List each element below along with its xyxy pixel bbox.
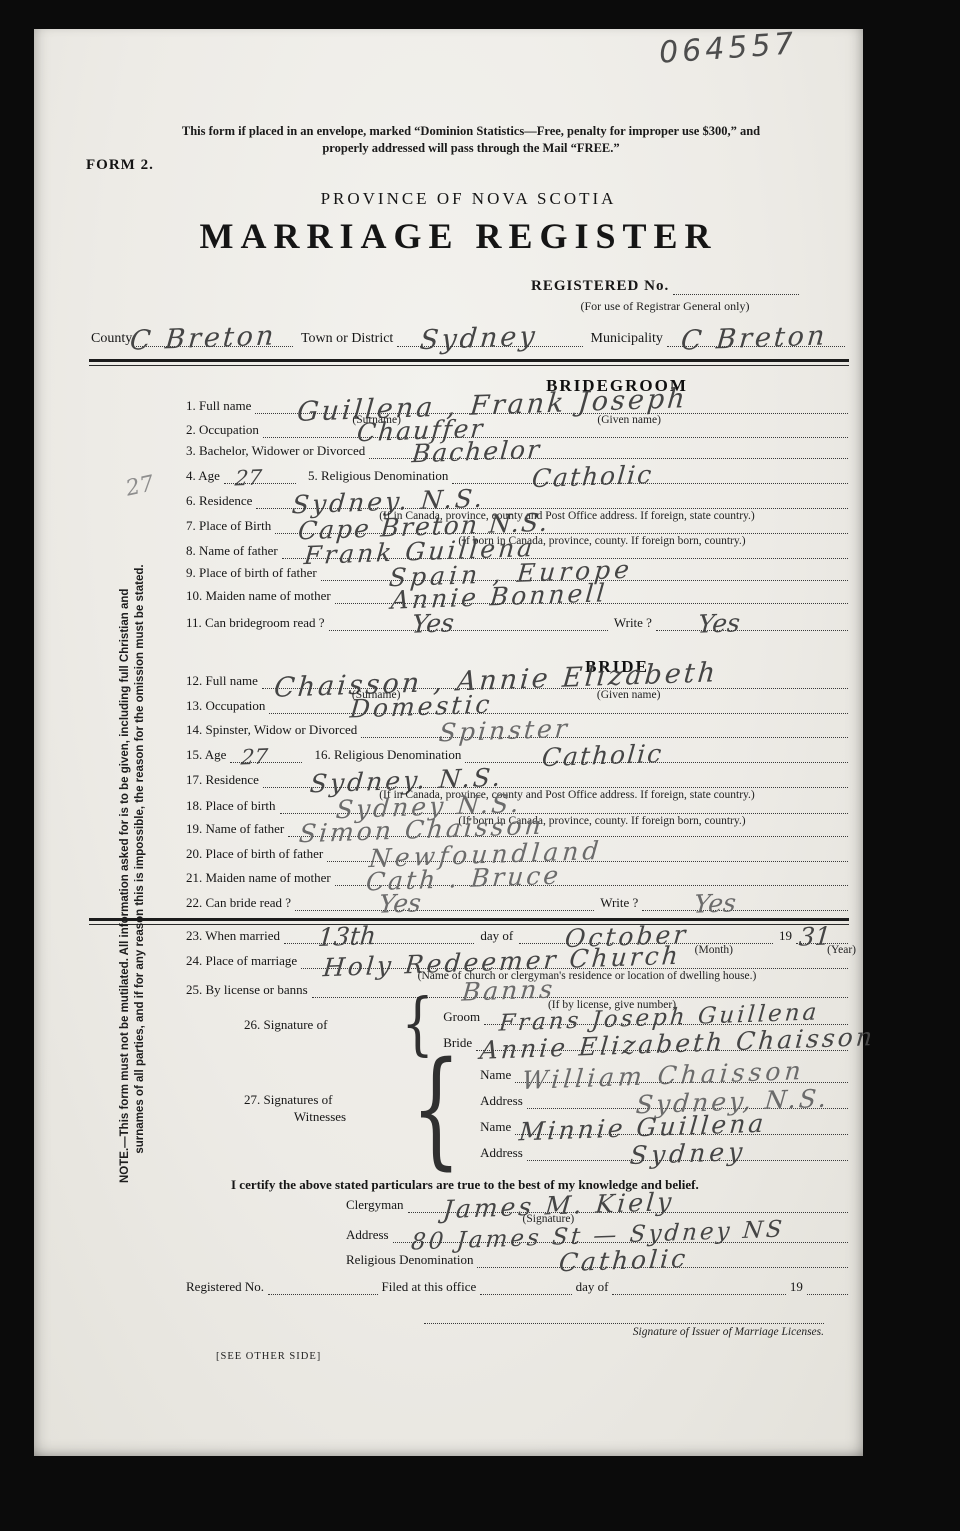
groom-father-line: Frank Guillena [282,538,848,559]
bride-write-line: Yes [642,890,848,911]
witness2-name-line: Minnie Guillena [515,1108,848,1135]
bride-can-read-line: Yes [295,890,594,911]
clergyman-label: Clergyman [346,1198,408,1213]
bride-father-birthplace-label: 20. Place of birth of father [186,847,327,862]
footer-filed-label: Filed at this office [378,1280,481,1295]
when-married-year-line: 31 (Year) [796,923,848,944]
row-bride-status: 14. Spinster, Widow or Divorced Spinster [186,718,848,738]
bride-signature-row: Bride Annie Elizabeth Chaisson [443,1025,848,1051]
town-line: Sydney [397,324,582,347]
clergyman-denomination-label: Religious Denomination [346,1253,477,1268]
witness1-name-row: Name William Chaisson [480,1057,848,1083]
mail-notice-line1: This form if placed in an envelope, mark… [34,124,863,139]
witnesses-label: 27. Signatures of Witnesses [186,1057,396,1161]
groom-denomination-label: 5. Religious Denomination [296,469,452,484]
when-married-label: 23. When married [186,929,284,944]
bride-birthplace-line: Sydney N.S. [280,793,848,814]
row-groom-birthplace: 7. Place of Birth Cape Breton N.S. (If b… [186,514,848,534]
place-of-marriage-line: Holy Redeemer Church [301,948,848,969]
groom-mother-value: Annie Bonnell [390,580,608,613]
clergyman-row: Clergyman James M. Kiely (Signature) [346,1193,848,1213]
bride-father-birthplace-line: Newfoundland [327,841,848,862]
groom-full-name-line: Guillena , Frank Joseph (Surname) (Given… [255,393,848,414]
witness1-name-label: Name [480,1068,515,1083]
groom-denomination-value: Catholic [530,462,653,491]
bride-denomination-line: Catholic [465,742,848,763]
groom-occupation-line: Chauffer [263,417,848,438]
witness2-address-row: Address Sydney [480,1135,848,1161]
issuer-signature-line [424,1311,824,1324]
groom-residence-label: 6. Residence [186,494,256,509]
groom-denomination-line: Catholic [452,463,848,484]
groom-birthplace-label: 7. Place of Birth [186,519,275,534]
row-groom-father: 8. Name of father Frank Guillena [186,539,848,559]
bride-father-line: Simon Chaisson [288,816,848,837]
bride-status-value: Spinster [438,716,571,746]
scanned-form-page: 064557 This form if placed in an envelop… [34,29,863,1456]
bride-age-label: 15. Age [186,748,230,763]
bride-father-label: 19. Name of father [186,822,288,837]
margin-pencil-mark: 27 [124,471,157,501]
groom-write-label: Write ? [608,616,656,631]
bride-can-read-label: 22. Can bride read ? [186,896,295,911]
witness2-address-line: Sydney [527,1134,848,1161]
witness1-name-line: William Chaisson [515,1056,848,1083]
footer-registered-no-label: Registered No. [186,1280,268,1295]
footer-day-of-line [612,1274,785,1295]
groom-father-birthplace-line: Spain , Europe [321,560,848,581]
witnesses-block: 27. Signatures of Witnesses { Name Willi… [186,1057,848,1161]
license-line: Banns [312,977,848,998]
witness2-name-label: Name [480,1120,515,1135]
groom-signature-row: Groom Frans Joseph Guillena [443,999,848,1025]
bride-residence-line: Sydney. N.S. [263,767,848,788]
when-married-day-line: 13th [284,923,474,944]
serial-number: 064557 [658,26,799,71]
registrar-hint: (For use of Registrar General only) [531,299,799,314]
margin-vertical-note-line2: surnames of all parties, and if for any … [133,535,148,1183]
bride-signature-line: Annie Elizabeth Chaisson [476,1024,848,1051]
groom-can-read-value: Yes [411,610,455,637]
bride-status-label: 14. Spinster, Widow or Divorced [186,723,361,738]
bride-age-value: 27 [240,746,269,768]
municipality-line: C Breton [667,324,845,347]
groom-father-label: 8. Name of father [186,544,282,559]
witness1-address-label: Address [480,1094,527,1109]
mail-notice-line2: properly addressed will pass through the… [34,141,863,156]
groom-mother-label: 10. Maiden name of mother [186,589,335,604]
groom-occupation-label: 2. Occupation [186,423,263,438]
footer-filed-line [480,1274,571,1295]
province-heading: PROVINCE OF NOVA SCOTIA [34,189,863,209]
groom-status-value: Bachelor [411,437,542,467]
witnesses-label-line2: Witnesses [244,1109,396,1126]
clergyman-denomination-row: Religious Denomination Catholic [346,1248,848,1268]
row-bride-residence: 17. Residence Sydney. N.S. (If in Canada… [186,768,848,788]
place-of-marriage-label: 24. Place of marriage [186,954,301,969]
when-married-month-line: October (Month) [519,923,773,944]
municipality-handwritten-value: C Breton [680,322,829,354]
clergyman-denomination-line: Catholic [477,1247,848,1268]
bride-status-line: Spinster [361,717,848,738]
signature-of-label-text: 26. Signature of [244,1017,396,1034]
groom-status-line: Bachelor [369,438,848,459]
row-groom-literacy: 11. Can bridegroom read ? Yes Write ? Ye… [186,611,848,631]
groom-signature-line: Frans Joseph Guillena [484,998,848,1025]
row-license-or-banns: 25. By license or banns Banns (If by lic… [186,978,848,998]
groom-write-value: Yes [697,610,741,637]
row-bride-literacy: 22. Can bride read ? Yes Write ? Yes [186,891,848,911]
year-prefix: 19 [773,929,796,944]
row-bride-father: 19. Name of father Simon Chaisson [186,817,848,837]
bride-denomination-label: 16. Religious Denomination [302,748,465,763]
bride-age-line: 27 [230,742,302,763]
license-label: 25. By license or banns [186,983,312,998]
bride-birthplace-label: 18. Place of birth [186,799,280,814]
bride-write-label: Write ? [594,896,642,911]
groom-age-value: 27 [234,467,263,489]
groom-can-read-label: 11. Can bridegroom read ? [186,616,329,631]
town-handwritten-value: Sydney [418,323,538,354]
registered-no-block: REGISTERED No. [531,277,799,295]
bride-mother-label: 21. Maiden name of mother [186,871,335,886]
signature-of-block: 26. Signature of { Groom Frans Joseph Gu… [186,999,848,1051]
clergyman-address-row: Address 80 James St — Sydney NS [346,1223,848,1243]
row-groom-mother: 10. Maiden name of mother Annie Bonnell [186,584,848,604]
margin-vertical-note: NOTE.—This form must not be mutilated. A… [118,535,148,1183]
witness2-address-value: Sydney [629,1139,747,1168]
row-bride-occupation: 13. Occupation Domestic [186,694,848,714]
bride-full-name-line: Chaisson , Annie Elizabeth (Surname) (Gi… [262,668,848,689]
bride-write-value: Yes [693,890,737,917]
county-line: C Breton [136,324,293,347]
row-bride-father-birthplace: 20. Place of birth of father Newfoundlan… [186,842,848,862]
bride-denomination-value: Catholic [541,741,664,770]
row-groom-status: 3. Bachelor, Widower or Divorced Bachelo… [186,439,848,459]
row-when-married: 23. When married 13th day of October (Mo… [186,924,848,944]
bride-occupation-line: Domestic [269,693,848,714]
witnesses-label-line1: 27. Signatures of [244,1092,396,1109]
signature-of-fields: Groom Frans Joseph Guillena Bride Annie … [443,999,848,1051]
row-groom-age-denomination: 4. Age 27 5. Religious Denomination Cath… [186,464,848,484]
row-office-registration: Registered No. Filed at this office day … [186,1275,848,1295]
footer-year-prefix: 19 [786,1280,807,1295]
row-bride-full-name: 12. Full name Chaisson , Annie Elizabeth… [186,669,848,689]
page-title: MARRIAGE REGISTER [34,215,863,257]
county-row: County C Breton Town or District Sydney … [91,325,845,347]
footer-day-of-label: day of [572,1280,613,1295]
groom-father-birthplace-label: 9. Place of birth of father [186,566,321,581]
bride-full-name-label: 12. Full name [186,674,262,689]
bride-occupation-label: 13. Occupation [186,699,269,714]
row-groom-full-name: 1. Full name Guillena , Frank Joseph (Su… [186,394,848,414]
groom-age-line: 27 [224,463,296,484]
groom-age-label: 4. Age [186,469,224,484]
bride-mother-line: Cath . Bruce [335,865,848,886]
witness1-address-row: Address Sydney, N.S. [480,1083,848,1109]
signature-of-label: 26. Signature of [186,999,396,1051]
footer-year-line [807,1274,848,1295]
groom-mother-line: Annie Bonnell [335,583,848,604]
bride-residence-label: 17. Residence [186,773,263,788]
clergyman-address-line: 80 James St — Sydney NS [393,1222,848,1243]
witness1-address-line: Sydney, N.S. [527,1082,848,1109]
form-number-label: FORM 2. [86,157,154,174]
section-divider-top [89,359,849,366]
registered-no-line [673,276,799,295]
groom-signature-label: Groom [443,1010,484,1025]
municipality-label: Municipality [583,331,667,347]
row-bride-mother: 21. Maiden name of mother Cath . Bruce [186,866,848,886]
groom-can-read-line: Yes [329,610,608,631]
margin-vertical-note-line1: NOTE.—This form must not be mutilated. A… [118,535,133,1183]
clergyman-address-label: Address [346,1228,393,1243]
bride-can-read-value: Yes [378,890,422,917]
see-other-side-label: [SEE OTHER SIDE] [216,1351,321,1362]
groom-full-name-label: 1. Full name [186,399,255,414]
row-place-of-marriage: 24. Place of marriage Holy Redeemer Chur… [186,949,848,969]
groom-write-line: Yes [656,610,848,631]
groom-birthplace-line: Cape Breton N.S. [275,513,848,534]
groom-status-label: 3. Bachelor, Widower or Divorced [186,444,369,459]
registered-no-label: REGISTERED No. [531,278,673,295]
footer-registered-no-line [268,1274,378,1295]
clergyman-denomination-value: Catholic [558,1246,689,1276]
witness2-name-row: Name Minnie Guillena [480,1109,848,1135]
brace-witnesses: { [411,1059,461,1159]
clergyman-line: James M. Kiely (Signature) [408,1192,848,1213]
witness2-address-label: Address [480,1146,527,1161]
issuer-signature-label: Signature of Issuer of Marriage Licenses… [424,1326,824,1338]
row-groom-father-birthplace: 9. Place of birth of father Spain , Euro… [186,561,848,581]
row-bride-age-denomination: 15. Age 27 16. Religious Denomination Ca… [186,743,848,763]
day-of-label: day of [474,929,519,944]
county-handwritten-value: C Breton [129,322,278,354]
when-married-day-value: 13th [317,923,377,950]
groom-residence-line: Sydney. N.S. [256,488,848,509]
row-groom-residence: 6. Residence Sydney. N.S. (If in Canada,… [186,489,848,509]
witnesses-fields: Name William Chaisson Address Sydney, N.… [480,1057,848,1161]
town-label: Town or District [293,331,397,347]
